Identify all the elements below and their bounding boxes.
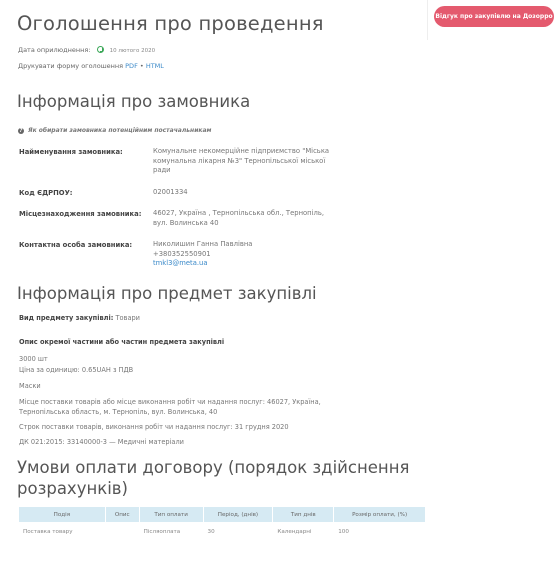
- publish-date: Дата оприлюднення: 10 лютого 2020: [18, 46, 155, 54]
- edrpou-value: 02001334: [153, 188, 333, 198]
- unit-price: Ціна за одиницю: 0.65UAH з ПДВ: [19, 365, 133, 375]
- contact-person-label: Контактна особа замовника:: [19, 241, 132, 249]
- question-circle-icon: ?: [18, 128, 24, 134]
- cell-payment-size: 100: [334, 522, 425, 542]
- delivery-place-line1: Місце поставки товарів або місце виконан…: [19, 397, 321, 407]
- procurement-type-label: Вид предмету закупівлі:: [19, 314, 113, 322]
- table-header-row: Подія Опис Тип оплати Період, (днів) Тип…: [19, 507, 425, 522]
- contact-person: Николишин Ганна Павлівна +380352550901 t…: [153, 240, 333, 269]
- edrpou-label: Код ЄДРПОУ:: [19, 189, 73, 197]
- item-name: Маски: [19, 381, 41, 391]
- publish-date-label: Дата оприлюднення:: [18, 46, 90, 54]
- customer-name-value: Комунальне некомерційне підприємство "Мі…: [153, 147, 333, 176]
- page-title: Оголошення про проведення: [17, 12, 324, 35]
- delivery-term: Строк поставки товарів, виконання робіт …: [19, 422, 289, 432]
- column-header: Опис: [106, 507, 139, 522]
- cell-day-type: Календарні: [273, 522, 333, 542]
- contact-name: Николишин Ганна Павлівна: [153, 240, 333, 250]
- print-separator: •: [140, 62, 144, 70]
- contact-phone: +380352550901: [153, 250, 333, 260]
- print-form: Друкувати форму оголошення PDF • HTML: [18, 62, 164, 70]
- procurement-type: Вид предмету закупівлі: Товари: [19, 313, 140, 323]
- procurement-type-value: Товари: [116, 314, 140, 322]
- column-header: Подія: [19, 507, 105, 522]
- print-pdf-link[interactable]: PDF: [125, 62, 138, 70]
- payment-section-title: Умови оплати договору (порядок здійсненн…: [17, 457, 409, 499]
- cell-period: 30: [204, 522, 273, 542]
- customer-section-title: Інформація про замовника: [17, 92, 250, 111]
- print-label: Друкувати форму оголошення: [18, 62, 123, 70]
- classification: ДК 021:2015: 33140000-3 — Медичні матері…: [19, 437, 184, 447]
- publish-date-value: 10 лютого 2020: [110, 48, 155, 54]
- table-row: Поставка товару Післяоплата 30 Календарн…: [19, 522, 425, 542]
- column-header: Тип днів: [273, 507, 333, 522]
- print-html-link[interactable]: HTML: [146, 62, 164, 70]
- contact-email-link[interactable]: tmkl3@meta.ua: [153, 259, 208, 267]
- clock-icon: [97, 46, 104, 53]
- customer-address-label: Місцезнаходження замовника:: [19, 210, 141, 218]
- delivery-place-line2: Тернопільська область, м. Тернопіль, вул…: [19, 407, 217, 417]
- quantity: 3000 шт: [19, 354, 48, 364]
- customer-address-value: 46027, Україна , Тернопільська обл., Тер…: [153, 209, 333, 228]
- customer-name-label: Найменування замовника:: [19, 148, 123, 156]
- column-header: Розмір оплати, (%): [334, 507, 425, 522]
- dozorro-review-button[interactable]: Відгук про закупівлю на Дозорро: [434, 6, 554, 27]
- customer-hint[interactable]: ?Як обирати замовника потенційним постач…: [18, 127, 211, 134]
- payment-terms-table: Подія Опис Тип оплати Період, (днів) Тип…: [18, 507, 426, 542]
- divider: [427, 0, 428, 40]
- cell-description: [106, 522, 139, 542]
- cell-payment-type: Післяоплата: [140, 522, 203, 542]
- column-header: Тип оплати: [140, 507, 203, 522]
- lot-description-title: Опис окремої частини або частин предмета…: [19, 337, 224, 347]
- subject-section-title: Інформація про предмет закупівлі: [17, 284, 317, 303]
- cell-event: Поставка товару: [19, 522, 105, 542]
- column-header: Період, (днів): [204, 507, 273, 522]
